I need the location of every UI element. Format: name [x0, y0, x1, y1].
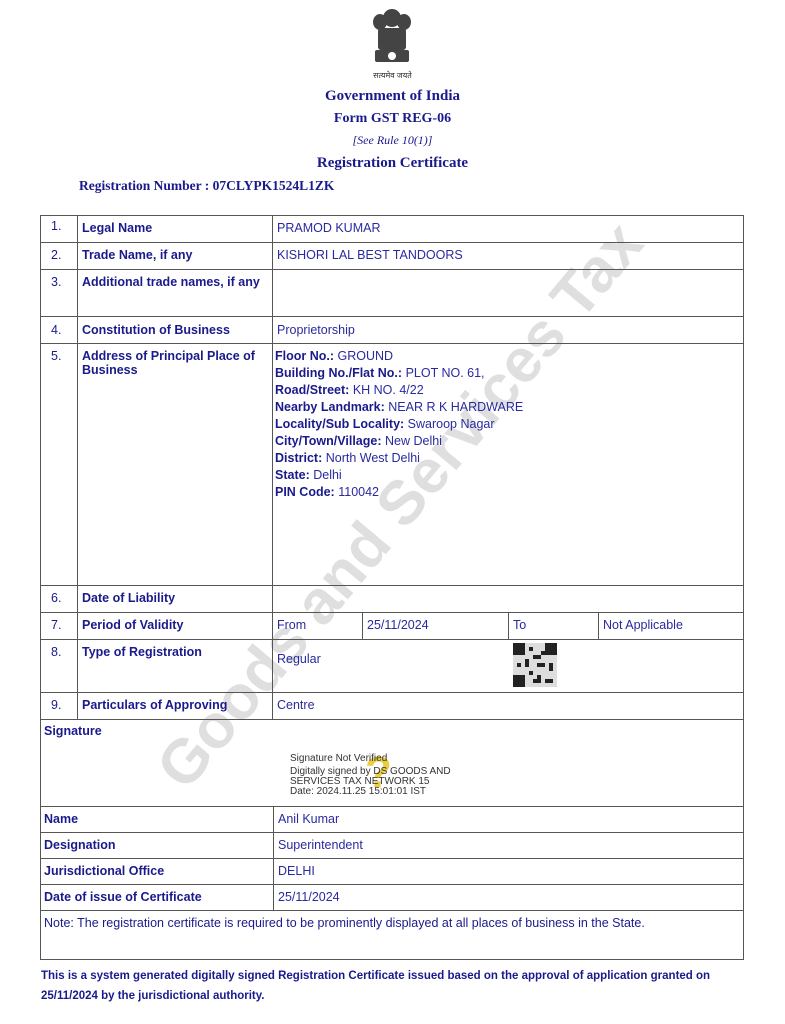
- row-number: 3.: [41, 270, 78, 316]
- signature-status: Signature Not Verified: [290, 754, 451, 764]
- row-label: Trade Name, if any: [78, 243, 273, 269]
- form-heading: Form GST REG-06: [0, 111, 785, 127]
- row-label: Address of Principal Place of Business: [78, 344, 273, 585]
- row-label: Legal Name: [78, 216, 273, 242]
- row-label: Constitution of Business: [78, 317, 273, 343]
- registration-number: Registration Number : 07CLYPK1524L1ZK: [79, 178, 334, 194]
- registration-type-value: Regular: [273, 640, 743, 692]
- row-label: Date of issue of Certificate: [41, 885, 274, 910]
- table-row: 4. Constitution of Business Proprietorsh…: [40, 316, 744, 344]
- table-row: Date of issue of Certificate 25/11/2024: [40, 884, 744, 911]
- address-line: Road/Street: KH NO. 4/22: [275, 382, 739, 399]
- validity-from-label: From: [273, 613, 363, 639]
- note-text: Note: The registration certificate is re…: [41, 911, 743, 959]
- qr-code-icon: [513, 643, 557, 687]
- table-row: 2. Trade Name, if any KISHORI LAL BEST T…: [40, 242, 744, 270]
- row-label: Additional trade names, if any: [78, 270, 273, 316]
- table-row: Jurisdictional Office DELHI: [40, 858, 744, 885]
- legal-name-value: PRAMOD KUMAR: [273, 216, 743, 242]
- row-label: Date of Liability: [78, 586, 273, 612]
- address-line: District: North West Delhi: [275, 450, 739, 467]
- note-section: Note: The registration certificate is re…: [40, 910, 744, 960]
- address-block: Floor No.: GROUND Building No./Flat No.:…: [273, 344, 743, 585]
- table-row: 7. Period of Validity From 25/11/2024 To…: [40, 612, 744, 640]
- table-row: Name Anil Kumar: [40, 806, 744, 833]
- government-heading: Government of India: [0, 88, 785, 105]
- trade-name-value: KISHORI LAL BEST TANDOORS: [273, 243, 743, 269]
- validity-to-value: Not Applicable: [599, 613, 743, 639]
- row-label: Jurisdictional Office: [41, 859, 274, 884]
- row-number: 5.: [41, 344, 78, 585]
- date-of-liability-value: [273, 586, 743, 612]
- validity-from-value: 25/11/2024: [363, 613, 509, 639]
- row-number: 8.: [41, 640, 78, 692]
- address-line: Locality/Sub Locality: Swaroop Nagar: [275, 416, 739, 433]
- additional-trade-names-value: [273, 270, 743, 316]
- address-line: State: Delhi: [275, 467, 739, 484]
- address-line: Nearby Landmark: NEAR R K HARDWARE: [275, 399, 739, 416]
- row-label: Designation: [41, 833, 274, 858]
- footer-statement: This is a system generated digitally sig…: [41, 966, 741, 1006]
- table-row: 5. Address of Principal Place of Busines…: [40, 343, 744, 586]
- row-number: 4.: [41, 317, 78, 343]
- row-number: 6.: [41, 586, 78, 612]
- address-line: PIN Code: 110042: [275, 484, 739, 501]
- row-number: 1.: [41, 216, 78, 242]
- address-line: City/Town/Village: New Delhi: [275, 433, 739, 450]
- row-number: 7.: [41, 613, 78, 639]
- row-label: Name: [41, 807, 274, 832]
- row-label: Particulars of Approving: [78, 693, 273, 719]
- issue-date-value: 25/11/2024: [274, 885, 743, 910]
- table-row: 1. Legal Name PRAMOD KUMAR: [40, 215, 744, 243]
- table-row: 3. Additional trade names, if any: [40, 269, 744, 317]
- table-row: 6. Date of Liability: [40, 585, 744, 613]
- table-row: 8. Type of Registration Regular: [40, 639, 744, 693]
- row-number: 9.: [41, 693, 78, 719]
- constitution-value: Proprietorship: [273, 317, 743, 343]
- signature-date: Date: 2024.11.25 15:01:01 IST: [290, 787, 451, 797]
- designation-value: Superintendent: [274, 833, 743, 858]
- address-line: Building No./Flat No.: PLOT NO. 61,: [275, 365, 739, 382]
- address-line: Floor No.: GROUND: [275, 348, 739, 365]
- jurisdictional-office-value: DELHI: [274, 859, 743, 884]
- officer-name-value: Anil Kumar: [274, 807, 743, 832]
- approving-authority-value: Centre: [273, 693, 743, 719]
- validity-to-label: To: [509, 613, 599, 639]
- signature-label: Signature: [41, 720, 105, 806]
- emblem-motto: सत्यमेव जयते: [0, 70, 785, 81]
- row-number: 2.: [41, 243, 78, 269]
- digital-signature: Signature Not Verified Digitally signed …: [290, 754, 451, 797]
- row-label: Type of Registration: [78, 640, 273, 692]
- row-label: Period of Validity: [78, 613, 273, 639]
- rule-reference: [See Rule 10(1)]: [0, 133, 785, 148]
- table-row: Designation Superintendent: [40, 832, 744, 859]
- certificate-title: Registration Certificate: [0, 155, 785, 172]
- table-row: 9. Particulars of Approving Centre: [40, 692, 744, 720]
